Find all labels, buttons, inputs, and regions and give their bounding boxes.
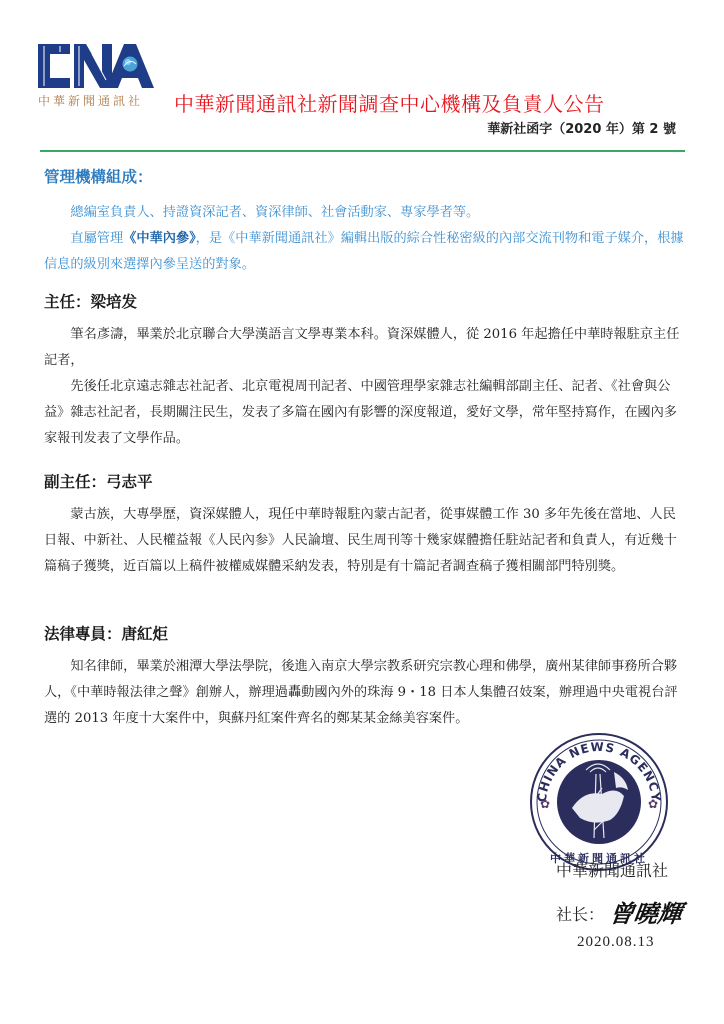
signature-title-label: 社长：: [556, 902, 604, 925]
logo-subtitle: 中華新聞通訊社: [38, 92, 143, 109]
deputy-director-paragraph: 蒙古族，大專學歷，資深媒體人，現任中華時報駐內蒙古記者，從事媒體工作 30 多年…: [44, 502, 684, 580]
cna-logo-mark-icon: [36, 40, 156, 90]
legal-officer-paragraph: 知名律師，畢業於湘潭大學法學院，後進入南京大學宗教系研究宗教心理和佛學，廣州某律…: [44, 654, 684, 732]
section-heading-legal-officer: 法律專員：唐紅炬: [44, 622, 168, 644]
signature-date: 2020.08.13: [577, 934, 655, 951]
document-title: 中華新聞通訊社新聞調查中心機構及負責人公告: [174, 88, 605, 117]
publication-name-highlight: 《中華內參》: [123, 231, 196, 246]
cna-logo: 中華新聞通訊社: [36, 40, 156, 112]
section-heading-director: 主任：梁培发: [44, 290, 137, 312]
paragraph-prefix: 直屬管理: [70, 231, 123, 246]
official-seal-icon: CHINA NEWS AGENCY ✿ ✿ 中華新聞通訊社: [524, 730, 674, 872]
handwritten-signature: 曾曉輝: [608, 894, 685, 929]
director-paragraph-2: 先後任北京遠志雜志社記者、北京電視周刊記者、中國管理學家雜志社編輯部副主任、記者…: [44, 374, 684, 452]
signature-organization: 中華新聞通訊社: [556, 858, 668, 881]
svg-text:✿: ✿: [540, 797, 550, 811]
management-paragraph-1: 總編室負責人、持證資深記者、資深律師、社會活動家、專家學者等。: [44, 200, 684, 226]
header-divider: [40, 150, 685, 152]
document-reference-number: 華新社函字（2020 年）第 2 號: [487, 118, 676, 137]
director-paragraph-1: 筆名彥濤，畢業於北京聯合大學漢語言文學專業本科。資深媒體人，從 2016 年起擔…: [44, 322, 684, 374]
svg-text:✿: ✿: [648, 797, 658, 811]
section-heading-deputy-director: 副主任：弓志平: [44, 470, 153, 492]
section-heading-management: 管理機構組成：: [44, 165, 153, 187]
management-paragraph-2: 直屬管理《中華內參》，是《中華新聞通訊社》編輯出版的綜合性秘密級的內部交流刊物和…: [44, 226, 684, 278]
